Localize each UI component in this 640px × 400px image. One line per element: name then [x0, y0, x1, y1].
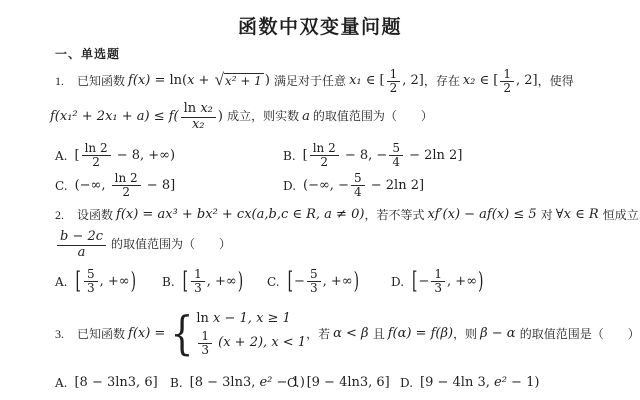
option-math: [9 − 4ln3, 6]: [307, 375, 390, 390]
q1-math: a: [302, 110, 310, 125]
option-label: D.: [283, 179, 296, 193]
option-math: − 1): [507, 375, 540, 390]
option-math: [: [74, 148, 79, 163]
q2-math: xf′(x) − af(x) ≤ 5: [427, 208, 540, 223]
piecewise-case-1: ln x − 1, x ≥ 1: [196, 312, 290, 327]
q1-math: , 2]: [402, 74, 424, 89]
q2-text: 恒成立，则: [603, 209, 640, 223]
option-math: , +∞: [100, 274, 130, 289]
fraction-denominator: 2: [89, 156, 103, 169]
sqrt-radicand: x² + 1: [224, 73, 264, 89]
q3-option-d: D. [9 − 4ln 3, e² − 1): [400, 375, 539, 390]
q1-math: ): [218, 110, 227, 125]
fraction-numerator: ln 2: [82, 142, 111, 156]
fraction: 53: [84, 268, 98, 296]
left-bracket: [: [412, 269, 417, 295]
fraction: ln 22: [82, 142, 111, 170]
fraction-numerator: b − 2c: [57, 230, 106, 246]
option-math: − 8]: [143, 178, 176, 193]
fraction-numerator: 1: [500, 68, 514, 82]
fraction-denominator: 2: [500, 82, 514, 95]
option-label: C.: [267, 275, 280, 289]
q3-option-b: B. [8 − 3ln3, e² − 1): [170, 375, 305, 390]
q1-math: ): [265, 74, 274, 89]
q1-text: ，使得: [538, 75, 574, 89]
option-label: D.: [400, 376, 413, 390]
right-paren: ): [238, 269, 243, 295]
right-paren: ): [478, 269, 483, 295]
fraction-numerator: 1: [387, 68, 401, 82]
doc-title: 函数中双变量问题: [0, 12, 640, 39]
option-label: C.: [287, 376, 300, 390]
q1-option-a: A. [ ln 22 − 8, +∞): [55, 142, 175, 170]
q3-number: 3.: [55, 328, 64, 342]
option-math: (−∞,: [75, 178, 110, 193]
fraction: 13: [198, 330, 212, 358]
q1-stem-line2: f(x₁² + 2x₁ + a) ≤ f( ln x₂ x₂ ) 成立，则实数 …: [50, 102, 433, 132]
q1-text: 成立，则实数: [227, 110, 302, 124]
piecewise-case-2: 13 (x + 2), x < 1: [196, 330, 306, 358]
fraction: ln 22: [310, 142, 339, 170]
fraction-denominator: 3: [198, 344, 212, 357]
fraction-numerator: ln x₂: [181, 102, 216, 118]
option-label: B.: [283, 149, 296, 163]
q2-text: 对: [541, 209, 556, 223]
fraction-denominator: 2: [317, 156, 331, 169]
fraction-numerator: 1: [191, 268, 205, 282]
q3-text: ，则: [453, 328, 480, 342]
q1-math: = ln(: [150, 74, 187, 89]
q2-number: 2.: [55, 209, 64, 223]
left-bracket: [: [288, 269, 293, 295]
section-heading: 一、单选题: [55, 45, 120, 62]
fraction-numerator: ln 2: [310, 142, 339, 156]
q3-math: ln: [196, 312, 213, 327]
fraction: 12: [500, 68, 514, 96]
fraction-numerator: 5: [351, 172, 365, 186]
fraction-denominator: 3: [84, 282, 98, 295]
fraction: 12: [387, 68, 401, 96]
q2-option-a: A. [ 53 , +∞ ): [55, 268, 137, 296]
left-bracket: [: [75, 269, 80, 295]
q3-math: β − α: [480, 327, 520, 342]
fraction: 13: [431, 268, 445, 296]
fraction-numerator: 5: [389, 142, 403, 156]
option-label: B.: [162, 275, 175, 289]
fraction-denominator: 3: [307, 282, 321, 295]
option-math: − 2ln 2]: [367, 178, 424, 193]
option-math: [8 − 3ln3,: [190, 375, 260, 390]
q3-text: 已知函数: [77, 328, 128, 342]
q1-option-b: B. [ ln 22 − 8, − 54 − 2ln 2]: [283, 142, 462, 170]
q1-number: 1.: [55, 75, 64, 89]
q1-stem-line1: 1. 已知函数 f(x) = ln( x + √ x² + 1 ) 满足对于任意…: [55, 68, 574, 96]
fraction-denominator: 4: [389, 156, 403, 169]
fraction-numerator: 1: [198, 330, 212, 344]
option-math: , +∞: [207, 274, 237, 289]
q2-math: f(x) = ax³ + bx² + cx(a,b,c ∈ R, a ≠ 0): [116, 208, 364, 223]
sqrt-sign: √: [215, 71, 224, 88]
fraction-denominator: x₂: [189, 118, 208, 133]
q1-math: x +: [187, 74, 214, 89]
fraction-numerator: 5: [307, 268, 321, 282]
q3-math: x − 1, x ≥ 1: [213, 312, 291, 327]
option-math: , +∞: [447, 274, 477, 289]
option-math: − 2ln 2]: [405, 148, 462, 163]
option-math: e²: [494, 375, 507, 390]
option-math: − 8, −: [341, 148, 388, 163]
q1-text: 已知函数: [77, 75, 128, 89]
fraction-denominator: 2: [387, 82, 401, 95]
fraction-numerator: ln 2: [112, 172, 141, 186]
q3-math: α < β: [333, 327, 373, 342]
fraction-denominator: 4: [351, 186, 365, 199]
q3-text: 且: [373, 328, 388, 342]
minus-sign: −: [294, 274, 305, 289]
q1-math: , 2]: [516, 74, 538, 89]
option-label: B.: [170, 376, 183, 390]
q1-math: x₂: [200, 102, 213, 117]
fraction: ln x₂ x₂: [181, 102, 216, 132]
option-label: A.: [55, 376, 67, 390]
option-math: [9 − 4ln 3,: [420, 375, 494, 390]
right-paren: ): [131, 269, 136, 295]
q2-stem-line2: b − 2ca 的取值范围为（ ）: [55, 230, 231, 260]
q3-stem: 3. 已知函数 f(x) = { ln x − 1, x ≥ 1 13 (x +…: [55, 312, 640, 358]
option-label: C.: [55, 179, 68, 193]
piecewise-cases: ln x − 1, x ≥ 1 13 (x + 2), x < 1: [196, 312, 306, 358]
q1-option-c: C. (−∞, ln 22 − 8]: [55, 172, 175, 200]
fraction-numerator: 5: [84, 268, 98, 282]
q2-option-c: C. [ − 53 , +∞ ): [267, 268, 360, 296]
q3-math: f(α) = f(β): [388, 327, 453, 342]
q2-option-d: D. [ − 13 , +∞ ): [391, 268, 485, 296]
q1-option-d: D. (−∞, − 54 − 2ln 2]: [283, 172, 424, 200]
fraction-denominator: a: [75, 246, 89, 261]
left-bracket: [: [183, 269, 188, 295]
option-math: e²: [259, 375, 272, 390]
q1-math: ∈ [: [362, 74, 385, 89]
fraction-numerator: 1: [431, 268, 445, 282]
q2-text: ，若不等式: [364, 209, 427, 223]
right-paren: ): [354, 269, 359, 295]
option-math: [8 − 3ln3, 6]: [74, 375, 157, 390]
q3-answer-blank: 的取值范围是（ ）: [520, 328, 640, 342]
option-label: A.: [55, 149, 67, 163]
q2-math: ∀x ∈ R: [556, 208, 603, 223]
q2-stem-line1: 2. 设函数 f(x) = ax³ + bx² + cx(a,b,c ∈ R, …: [55, 208, 640, 223]
q2-answer-blank: 的取值范围为（ ）: [108, 238, 231, 252]
fraction: b − 2ca: [57, 230, 106, 260]
q3-text: ，若: [306, 328, 333, 342]
q3-option-c: C. [9 − 4ln3, 6]: [287, 375, 390, 390]
option-math: , +∞: [323, 274, 353, 289]
fraction-denominator: 2: [119, 186, 133, 199]
q1-math: x₂: [463, 74, 476, 89]
q3-math: f(x) =: [128, 327, 169, 342]
q3-option-a: A. [8 − 3ln3, 6]: [55, 375, 158, 390]
fraction: 54: [389, 142, 403, 170]
fraction-denominator: 3: [191, 282, 205, 295]
q1-math: x₁: [349, 74, 362, 89]
piecewise-brace: {: [170, 312, 193, 358]
q2-text: 设函数: [77, 209, 116, 223]
fraction: 53: [307, 268, 321, 296]
fraction: 54: [351, 172, 365, 200]
q3-math: (x + 2), x < 1: [214, 336, 306, 351]
option-math: (−∞, −: [303, 178, 349, 193]
q1-math: f(x): [128, 74, 150, 89]
q1-math: ∈ [: [475, 74, 498, 89]
q1-text: ，存在: [424, 75, 463, 89]
minus-sign: −: [418, 274, 429, 289]
fraction-denominator: 3: [431, 282, 445, 295]
q1-text: 满足对于任意: [274, 75, 349, 89]
option-label: D.: [391, 275, 404, 289]
option-label: A.: [55, 275, 67, 289]
option-math: [: [303, 148, 308, 163]
fraction: 13: [191, 268, 205, 296]
sqrt-radical: √ x² + 1: [215, 73, 264, 90]
q1-answer-blank: 的取值范围为（ ）: [310, 110, 433, 124]
q1-math: ln: [184, 102, 201, 117]
q1-math: f(x₁² + 2x₁ + a) ≤ f(: [50, 110, 179, 125]
q2-option-b: B. [ 13 , +∞ ): [162, 268, 244, 296]
option-math: − 8, +∞): [113, 148, 176, 163]
fraction: ln 22: [112, 172, 141, 200]
